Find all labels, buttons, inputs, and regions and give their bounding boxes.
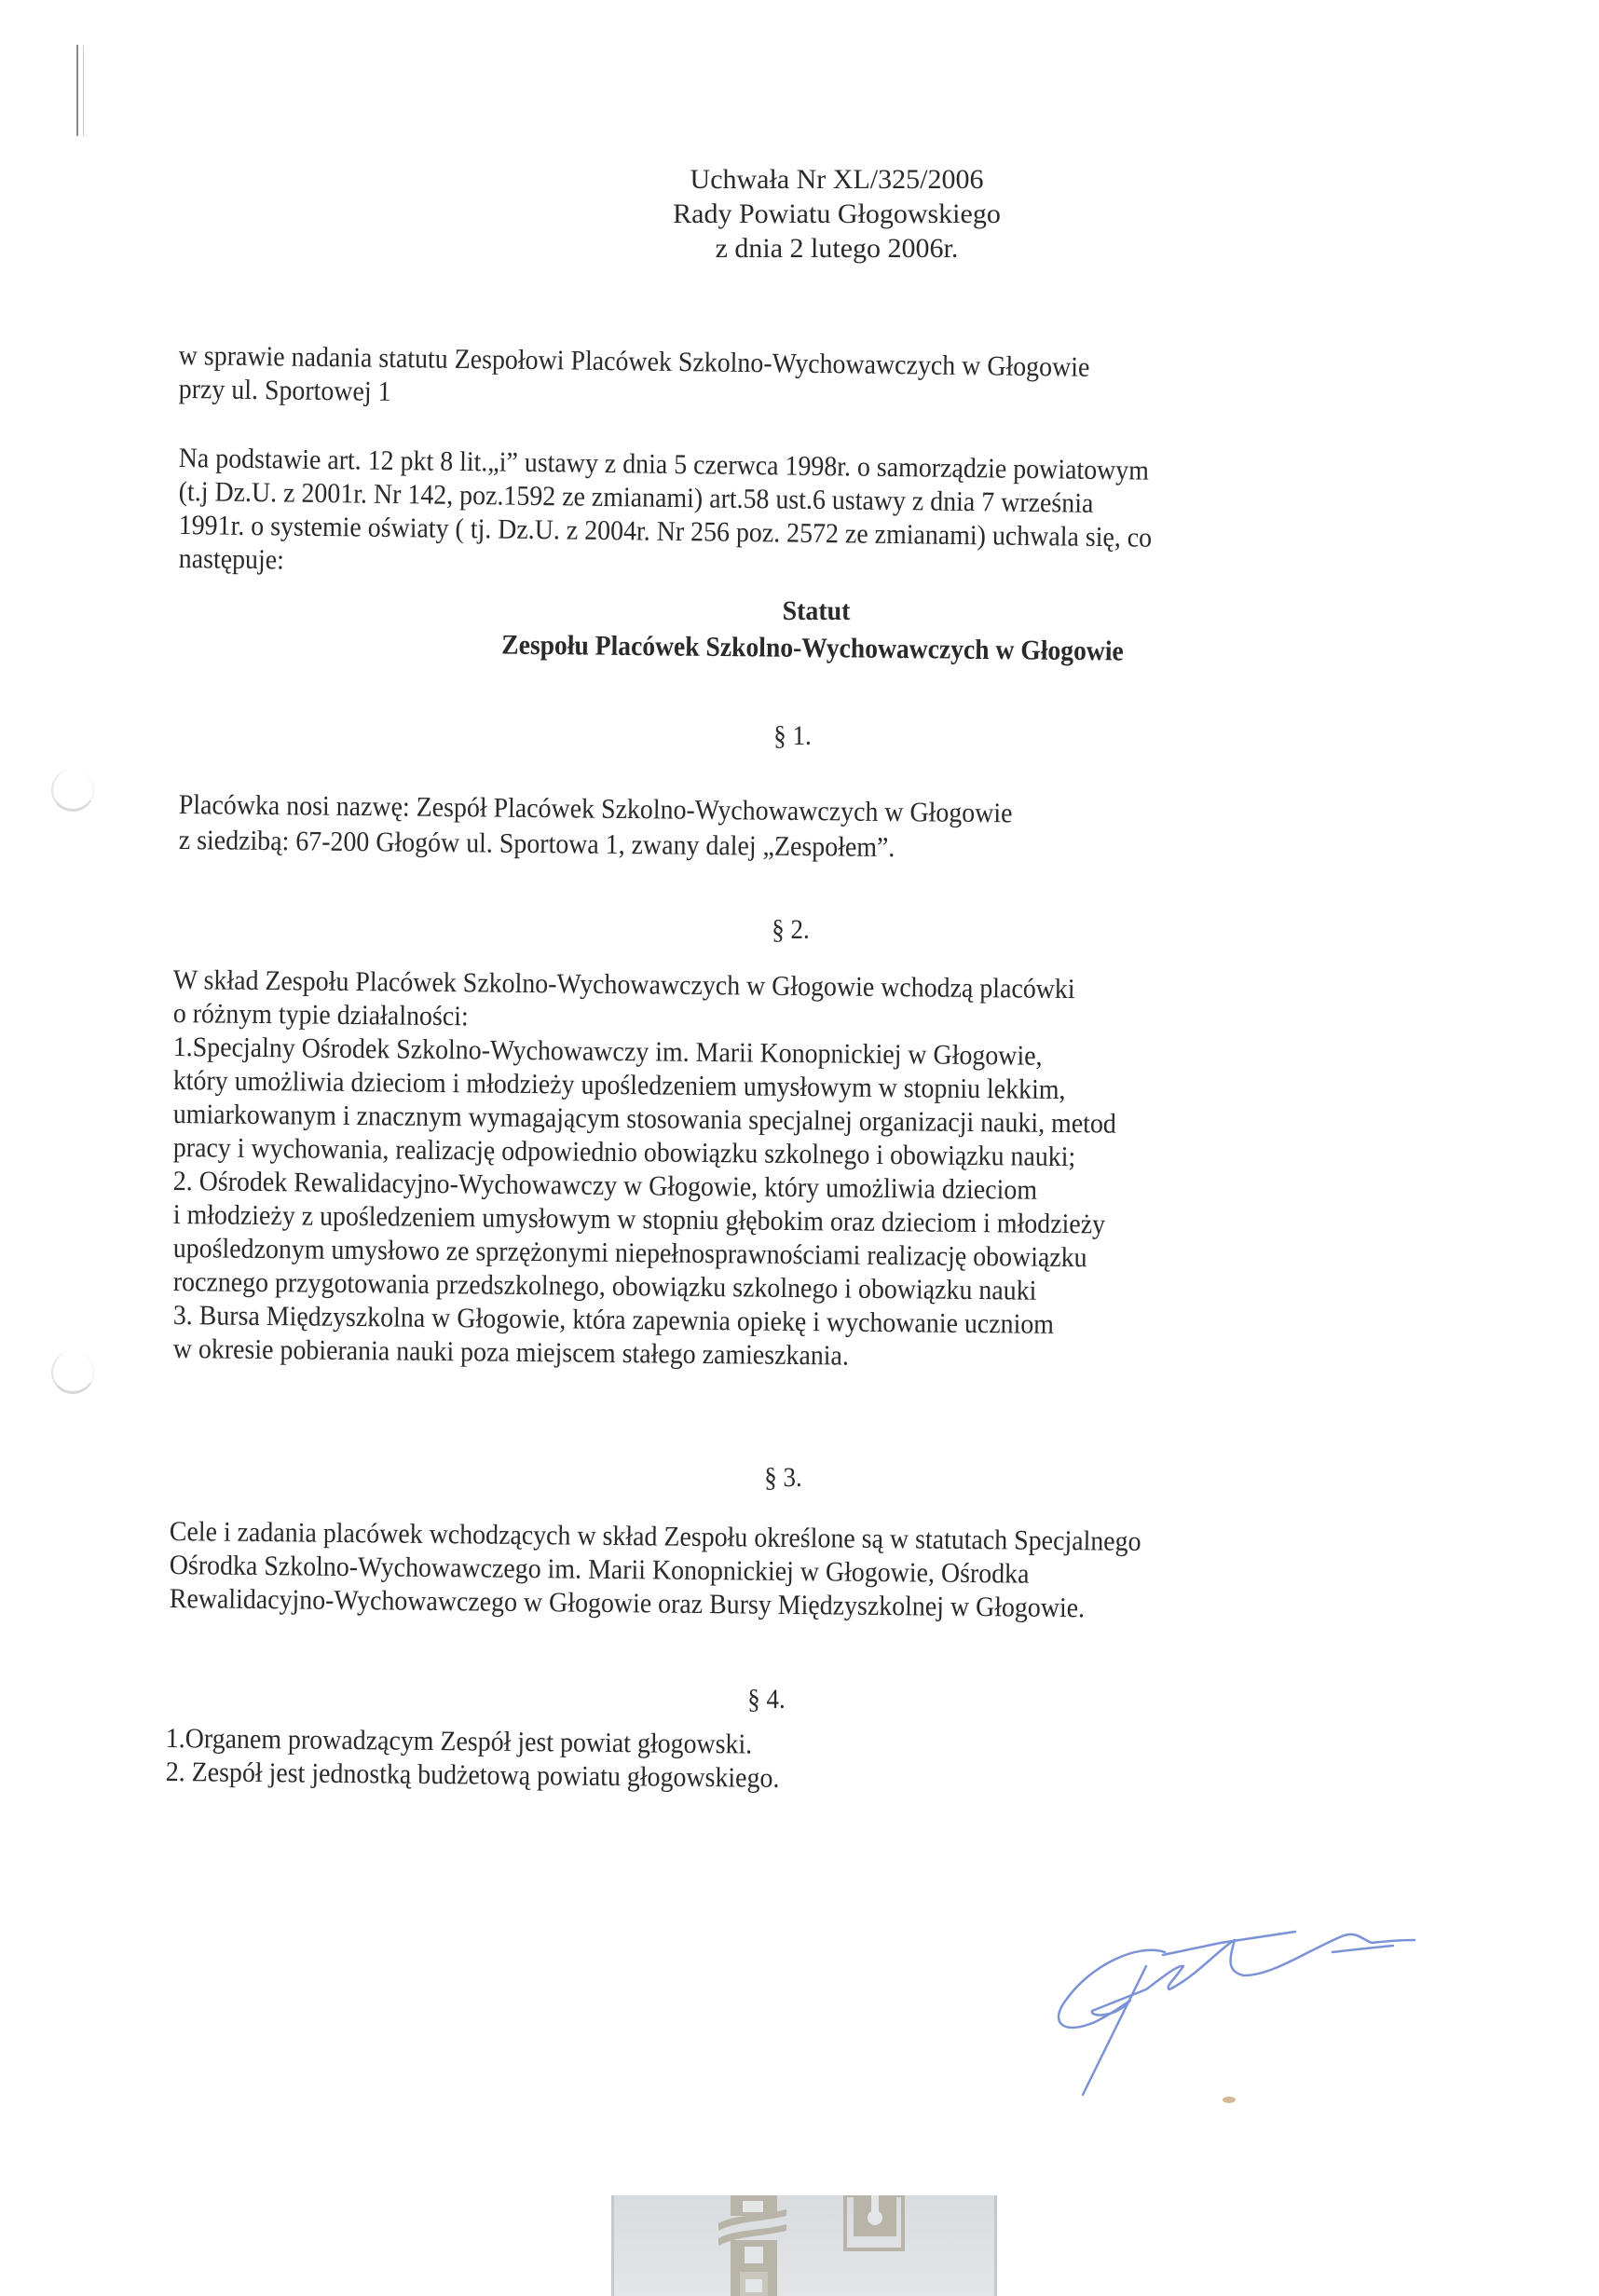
film-strip-icon bbox=[614, 2195, 994, 2296]
handwritten-signature bbox=[1025, 1910, 1416, 2097]
statute-title-line: Zespołu Placówek Szkolno-Wychowawczych w… bbox=[76, 622, 1548, 676]
punch-hole-top bbox=[51, 769, 94, 812]
paper-stain bbox=[1223, 2097, 1236, 2103]
subject-line: przy ul. Sportowej 1 bbox=[179, 373, 391, 409]
punch-hole-bottom bbox=[51, 1351, 94, 1394]
legal-basis-line: następuje: bbox=[179, 542, 285, 577]
section-heading: § 2. bbox=[772, 913, 810, 947]
section-heading: § 4. bbox=[747, 1683, 786, 1716]
scanner-slip-image bbox=[611, 2195, 997, 2296]
section-line: o różnym typie działalności: bbox=[173, 997, 469, 1033]
section-line: 2. Zespół jest jednostką budżetową powia… bbox=[166, 1756, 780, 1796]
scanned-document-page: Uchwała Nr XL/325/2006 Rady Powiatu Głog… bbox=[0, 0, 1599, 2296]
section-heading: § 3. bbox=[764, 1461, 802, 1495]
photo-frame-icon bbox=[842, 2195, 908, 2253]
section-heading: § 1. bbox=[773, 719, 812, 753]
resolution-date: z dnia 2 lutego 2006r. bbox=[37, 231, 1599, 266]
staple-mark bbox=[76, 45, 84, 136]
issuing-council: Rady Powiatu Głogowskiego bbox=[37, 197, 1599, 231]
section-line: z siedzibą: 67-200 Głogów ul. Sportowa 1… bbox=[179, 824, 895, 865]
resolution-number: Uchwała Nr XL/325/2006 bbox=[37, 162, 1599, 197]
statute-title: Statut Zespołu Placówek Szkolno-Wychowaw… bbox=[0, 593, 1599, 667]
resolution-header: Uchwała Nr XL/325/2006 Rady Powiatu Głog… bbox=[0, 162, 1599, 266]
section-line: w okresie pobierania nauki poza miejscem… bbox=[173, 1332, 849, 1373]
